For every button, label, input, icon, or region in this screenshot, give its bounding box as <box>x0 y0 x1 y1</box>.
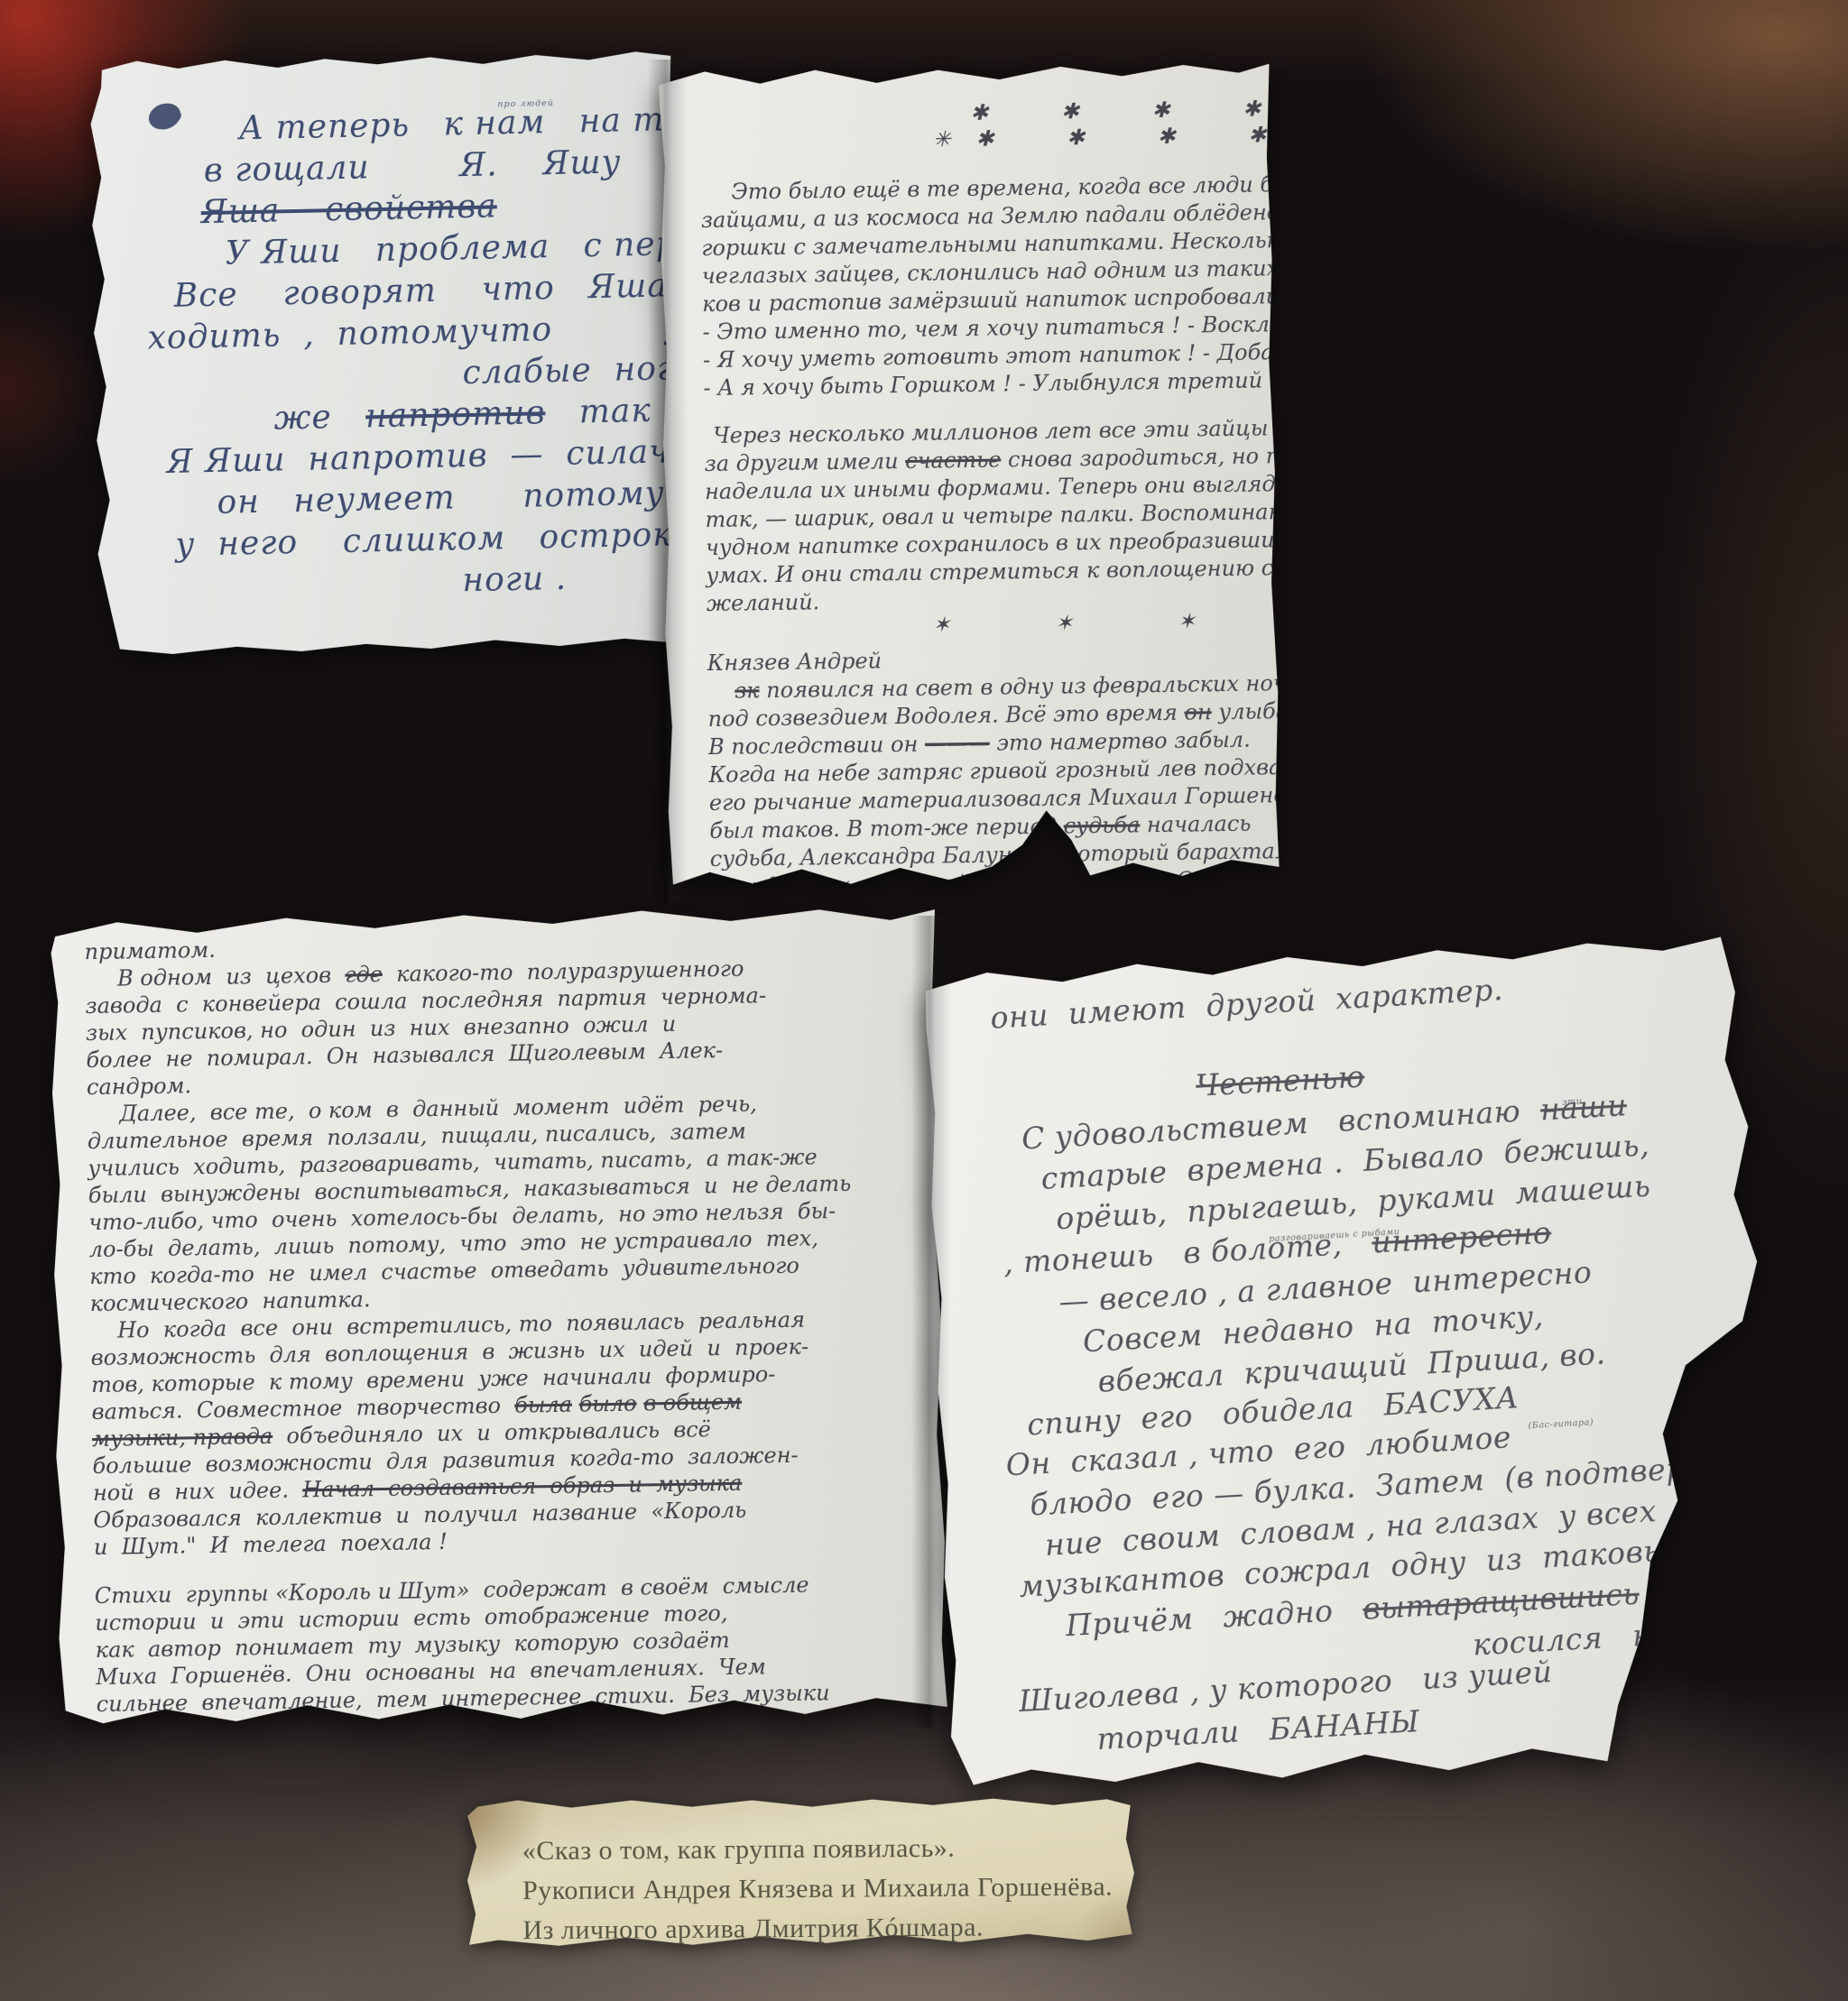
caption-authors: Рукописи Андрея Князева и Михаила Горшен… <box>522 1867 1134 1911</box>
handwritten-line: ✳ ✱ ✱ ✱ ✱ ✱ <box>932 121 1257 153</box>
paper-sheet: они имеют другой характер.ЧестеньюэтиС у… <box>919 924 1783 1796</box>
manuscript-page-bottom-right: они имеют другой характер.ЧестеньюэтиС у… <box>919 924 1783 1796</box>
handwritten-line: они имеют другой характер. <box>989 955 1745 1038</box>
paper-sheet: ✱ ✱ ✱ ✱ ✱✳ ✱ ✱ ✱ ✱ ✱Это было ещё в те вр… <box>655 55 1280 913</box>
handwritten-text-block: они имеют другой характер.ЧестеньюэтиС у… <box>963 972 1771 1763</box>
handwritten-line: ✶ ✶ ✶ ✶ ✶ <box>932 606 1264 639</box>
handwritten-text-block: про людейА теперь к нам на точкув гощали… <box>186 97 664 607</box>
handwritten-line: ноги . <box>462 556 664 602</box>
paper-sheet: про людейА теперь к нам на точкув гощали… <box>84 46 683 655</box>
manuscript-page-bottom-left: приматом.В одном из цехов где какого-то … <box>46 898 947 1737</box>
exhibit-photo: про людейА теперь к нам на точкув гощали… <box>0 0 1848 2001</box>
manuscript-page-top-left: про людейА теперь к нам на точкув гощали… <box>84 46 683 655</box>
handwritten-text-block: ✱ ✱ ✱ ✱ ✱✳ ✱ ✱ ✱ ✱ ✱Это было ещё в те вр… <box>699 95 1268 901</box>
caption-title: «Сказ о том, как группа появилась». <box>522 1827 1134 1871</box>
exhibit-caption-label: «Сказ о том, как группа появилась». Руко… <box>464 1793 1134 1956</box>
parchment-strip: «Сказ о том, как группа появилась». Руко… <box>464 1793 1134 1950</box>
paper-sheet: приматом.В одном из цехов где какого-то … <box>46 898 947 1737</box>
handwritten-text-block: приматом.В одном из цехов где какого-то … <box>84 926 936 1719</box>
handwritten-line: слабые ноги , а я <box>462 348 660 394</box>
caption-archive: Из личного архива Дмитрия Кóшмара. <box>522 1906 1134 1950</box>
ink-blot <box>145 99 184 134</box>
manuscript-page-top-right: ✱ ✱ ✱ ✱ ✱✳ ✱ ✱ ✱ ✱ ✱Это было ещё в те вр… <box>655 55 1280 913</box>
